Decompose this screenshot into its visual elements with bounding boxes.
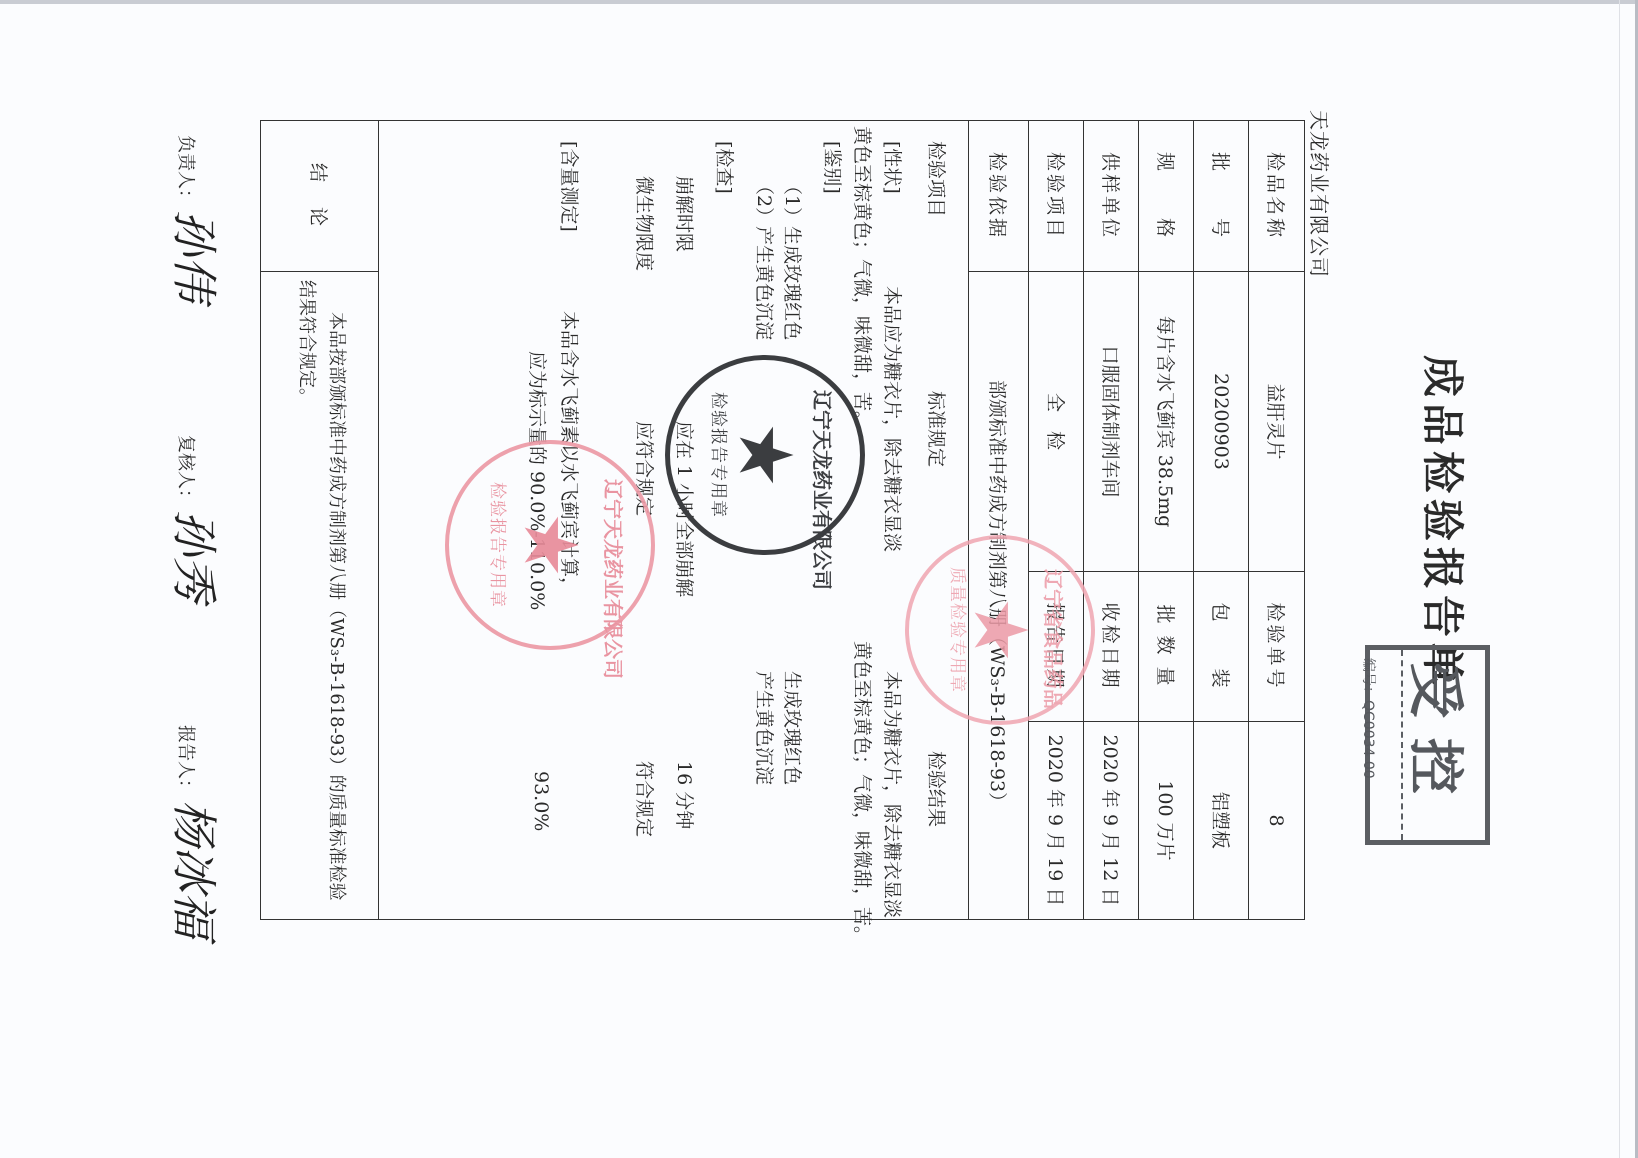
appearance-result-2: 黄色至棕黄色；气微，味微甜，苦。 (850, 641, 877, 945)
signature-line: 负责人： 孙伟 复核人： 孙秀 报告人： 杨冰福 (130, 135, 230, 1035)
row-product: 检品名称 益肝灵片 检验单号 8 (1248, 121, 1304, 919)
label-conclusion: 结 论 (261, 121, 379, 271)
row-basis: 检验依据 部颁标准中药成方制剂第八册（WS₃-B-1618-93） (968, 121, 1029, 919)
stamp-code: 编号：QC0034 00 (1359, 658, 1379, 779)
assay-result: 93.0% (530, 771, 552, 831)
reviewer-signature: 孙秀 (164, 510, 230, 602)
seal-company-name: 辽宁天龙药业有限公司 (809, 390, 838, 590)
microbial-result: 符合规定 (632, 761, 659, 837)
value-batch: 20200903 (1194, 271, 1249, 571)
document-title: 成品检验报告单 (1415, 355, 1475, 691)
stamp-controlled-text: 受控 (1399, 662, 1479, 814)
ident-1-result: 生成玫瑰红色 (780, 671, 807, 785)
company-inspection-seal: ★ 辽宁天龙药业有限公司 检验报告专用章 (665, 355, 865, 555)
row-test-scope: 检验项目 全 检 报告日期 2020 年 9 月 19 日 (1028, 121, 1084, 919)
bureau-seal-purpose: 质量检验专用章 (947, 539, 972, 721)
col-header-standard: 标准规定 (924, 391, 951, 467)
conclusion-text-2: 结果符合规定。 (295, 280, 321, 406)
controlled-copy-stamp: 受控 天龙药业 编号：QC0034 00 (1365, 645, 1490, 845)
col-header-item: 检验项目 (924, 141, 951, 217)
value-test-scope: 全 检 (1029, 271, 1084, 571)
responsible-label: 负责人： (174, 135, 200, 207)
label-quantity: 批 数 量 (1139, 571, 1194, 721)
appearance-standard-2: 黄色至棕黄色；气微，味微甜，苦。 (850, 126, 877, 430)
bureau-seal-name: 辽宁省食品药品 (1040, 569, 1069, 709)
label-batch: 批 号 (1194, 121, 1249, 271)
row-batch: 批 号 20200903 包 装 铝塑板 (1193, 121, 1249, 919)
seal-star-icon: ★ (963, 597, 1037, 663)
label-basis: 检验依据 (969, 121, 1029, 271)
responsible-signature: 孙伟 (164, 210, 230, 302)
label-report-no: 检验单号 (1249, 571, 1304, 721)
heading-inspection: [检查] (712, 141, 739, 194)
label-spec: 规 格 (1139, 121, 1194, 271)
value-package: 铝塑板 (1194, 721, 1249, 919)
ident-2-standard: （2）产生黄色沉淀 (752, 176, 779, 340)
value-product-name: 益肝灵片 (1249, 271, 1304, 571)
seal-star-icon: ★ (728, 422, 802, 488)
label-product-name: 检品名称 (1249, 121, 1304, 271)
row-supplier: 供样单位 口服固体制剂车间 收检日期 2020 年 9 月 12 日 (1083, 121, 1139, 919)
seal-star-icon: ★ (513, 512, 587, 578)
col-header-result: 检验结果 (924, 751, 951, 827)
seal-purpose: 检验报告专用章 (708, 360, 733, 550)
company-name: 天龙药业有限公司 (1306, 110, 1335, 278)
ident-1-standard: （1）生成玫瑰红色 (780, 176, 807, 340)
label-test-scope: 检验项目 (1029, 121, 1084, 271)
value-report-no: 8 (1249, 721, 1304, 919)
reporter-signature: 杨冰福 (164, 800, 230, 938)
appearance-standard-1: 本品应为糖衣片，除去糖衣显淡 (880, 286, 907, 552)
stamp-divider (1401, 650, 1403, 840)
microbial-label: 微生物限度 (632, 176, 659, 271)
value-quantity: 100 万片 (1139, 721, 1194, 919)
company-seal-red: ★ 辽宁天龙药业有限公司 检验报告专用章 (445, 440, 655, 650)
label-package: 包 装 (1194, 571, 1249, 721)
heading-assay: [含量测定] (557, 141, 584, 232)
appearance-result-1: 本品为糖衣片，除去糖衣显淡 (880, 671, 907, 918)
value-spec: 每片含水飞蓟宾 38.5mg (1139, 271, 1194, 571)
scan-edge-line (1619, 0, 1620, 1158)
reporter-label: 报告人： (174, 725, 200, 797)
ident-2-result: 产生黄色沉淀 (752, 671, 779, 785)
seal-red-purpose: 检验报告专用章 (487, 444, 512, 646)
conclusion-row: 结 论 本品按部颁标准中药成方制剂第八册（WS₃-B-1618-93）的质量标准… (261, 121, 379, 919)
value-receive-date: 2020 年 9 月 12 日 (1084, 721, 1139, 919)
label-supplier: 供样单位 (1084, 121, 1139, 271)
value-supplier: 口服固体制剂车间 (1084, 271, 1139, 571)
conclusion-text-cell: 本品按部颁标准中药成方制剂第八册（WS₃-B-1618-93）的质量标准检验 结… (261, 271, 379, 919)
conclusion-text-1: 本品按部颁标准中药成方制剂第八册（WS₃-B-1618-93）的质量标准检验 (325, 312, 351, 901)
heading-appearance: [性状] (880, 141, 907, 194)
reviewer-label: 复核人： (174, 435, 200, 507)
heading-identification: [鉴别] (820, 141, 847, 194)
scan-edge-top (0, 0, 1638, 4)
seal-red-company-name: 辽宁天龙药业有限公司 (600, 479, 629, 679)
value-report-date: 2020 年 9 月 19 日 (1029, 721, 1084, 919)
inspection-report-page: 成品检验报告单 天龙药业有限公司 受控 天龙药业 编号：QC0034 00 检品… (85, 55, 1485, 1115)
disintegration-label: 崩解时限 (672, 176, 699, 252)
bureau-seal-red: ★ 辽宁省食品药品 质量检验专用章 (905, 535, 1095, 725)
row-spec: 规 格 每片含水飞蓟宾 38.5mg 批 数 量 100 万片 (1138, 121, 1194, 919)
disintegration-result: 16 分钟 (672, 761, 699, 829)
